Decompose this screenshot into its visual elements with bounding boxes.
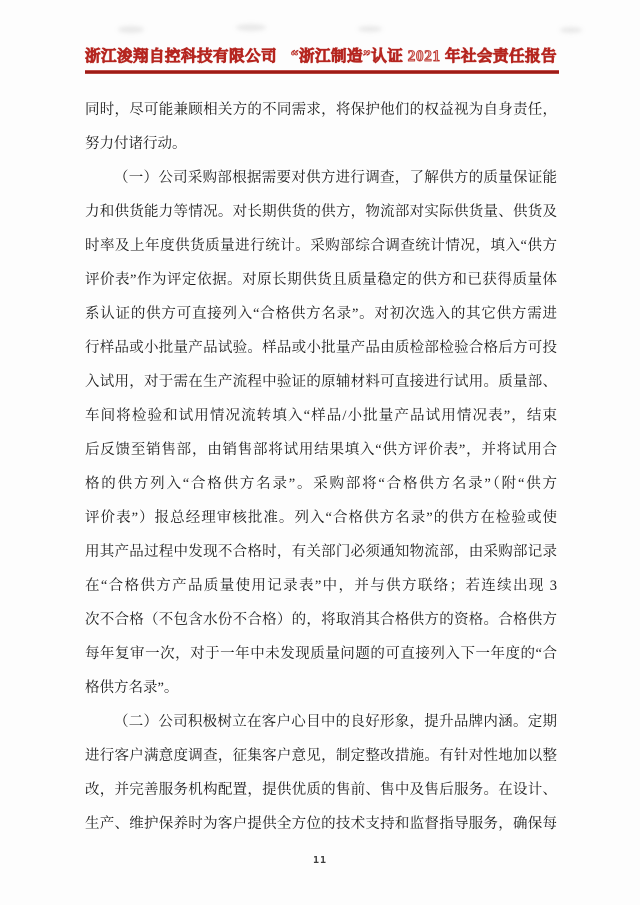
text-line: 改，并完善服务机构配置，提供优质的售前、售中及售后服务。在设计、	[85, 773, 557, 807]
header-rule	[85, 70, 559, 74]
paragraph: 同时，尽可能兼顾相关方的不同需求，将保护他们的权益视为自身责任，努力付诸行动。	[85, 93, 557, 161]
header-report-title: “浙江制造”认证 2021 年社会责任报告	[291, 44, 557, 66]
text-line: （二）公司积极树立在客户心目中的良好形象，提升品牌内涵。定期	[85, 705, 557, 739]
document-page: 浙江浚翔自控科技有限公司 “浙江制造”认证 2021 年社会责任报告 同时，尽可…	[0, 0, 640, 905]
scan-artifact	[236, 24, 266, 31]
text-line: 生产、维护保养时为客户提供全方位的技术支持和监督指导服务，确保每	[85, 807, 557, 841]
paragraph: （二）公司积极树立在客户心目中的良好形象，提升品牌内涵。定期进行客户满意度调查，…	[85, 705, 557, 841]
text-line: 评价表”）报总经理审核批准。列入“合格供方名录”的供方在检验或使	[85, 501, 557, 535]
text-line: 在“合格供方产品质量使用记录表”中，并与供方联络；若连续出现 3	[85, 569, 557, 603]
text-line: 车间将检验和试用情况流转填入“样品/小批量产品试用情况表”，结束	[85, 399, 557, 433]
scan-artifact	[118, 26, 144, 33]
text-line: 入试用，对于需在生产流程中验证的原辅材料可直接进行试用。质量部、	[85, 365, 557, 399]
text-line: 同时，尽可能兼顾相关方的不同需求，将保护他们的权益视为自身责任，	[85, 93, 557, 127]
text-line: 评价表”作为评定依据。对原长期供货且质量稳定的供方和已获得质量体	[85, 263, 557, 297]
text-line: 系认证的供方可直接列入“合格供方名录”。对初次选入的其它供方需进	[85, 297, 557, 331]
text-line: 格供方名录”。	[85, 671, 557, 705]
text-line: 努力付诸行动。	[85, 127, 557, 161]
scan-artifact	[358, 26, 382, 32]
page-number: 11	[0, 855, 640, 866]
text-line: 格的供方列入“合格供方名录”。采购部将“合格供方名录”（附“供方	[85, 467, 557, 501]
text-line: 用其产品过程中发现不合格时，有关部门必须通知物流部，由采购部记录	[85, 535, 557, 569]
page-header: 浙江浚翔自控科技有限公司 “浙江制造”认证 2021 年社会责任报告	[85, 44, 557, 66]
text-line: 时率及上年度供货质量进行统计。采购部综合调查统计情况，填入“供方	[85, 229, 557, 263]
text-line: 次不合格（不包含水份不合格）的，将取消其合格供方的资格。合格供方	[85, 603, 557, 637]
text-line: 力和供货能力等情况。对长期供货的供方，物流部对实际供货量、供货及	[85, 195, 557, 229]
scan-artifact	[560, 27, 582, 33]
text-line: （一）公司采购部根据需要对供方进行调查，了解供方的质量保证能	[85, 161, 557, 195]
text-line: 后反馈至销售部，由销售部将试用结果填入“供方评价表”，并将试用合	[85, 433, 557, 467]
paragraph: （一）公司采购部根据需要对供方进行调查，了解供方的质量保证能力和供货能力等情况。…	[85, 161, 557, 705]
document-body: 同时，尽可能兼顾相关方的不同需求，将保护他们的权益视为自身责任，努力付诸行动。 …	[85, 93, 557, 841]
header-company-name: 浙江浚翔自控科技有限公司	[85, 44, 277, 66]
text-line: 每年复审一次，对于一年中未发现质量问题的可直接列入下一年度的“合	[85, 637, 557, 671]
text-line: 进行客户满意度调查，征集客户意见，制定整改措施。有针对性地加以整	[85, 739, 557, 773]
text-line: 行样品或小批量产品试验。样品或小批量产品由质检部检验合格后方可投	[85, 331, 557, 365]
